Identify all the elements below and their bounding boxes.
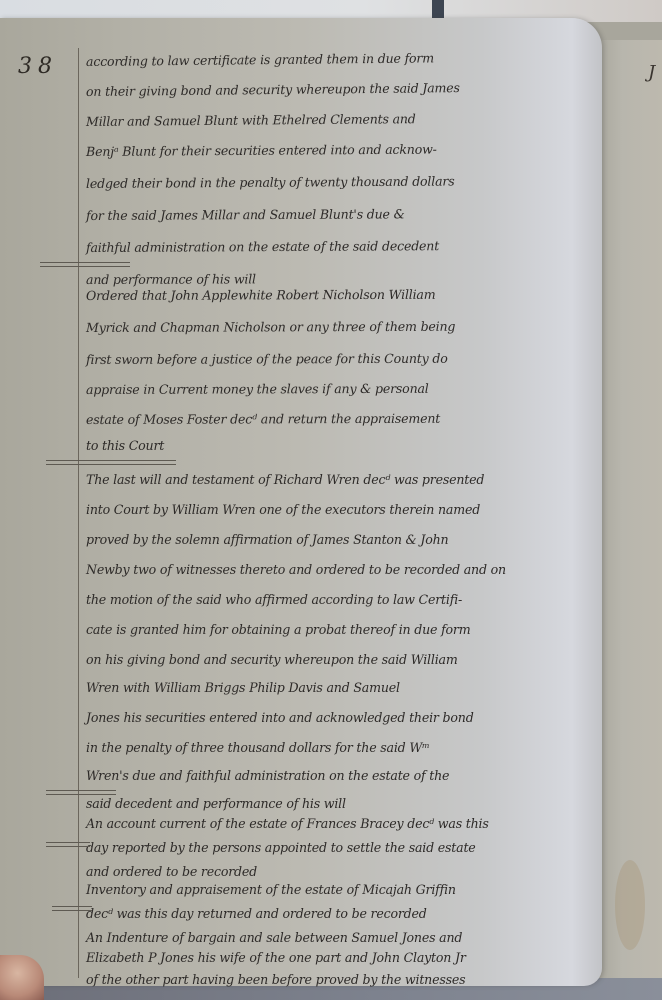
text-line: to this Court	[86, 438, 164, 453]
text-line: for the said James Millar and Samuel Blu…	[86, 206, 405, 223]
entry-separator	[46, 842, 90, 847]
text-line: proved by the solemn affirmation of Jame…	[86, 532, 448, 547]
text-line: said decedent and performance of his wil…	[86, 796, 346, 811]
text-line: Millar and Samuel Blunt with Ethelred Cl…	[86, 111, 416, 129]
text-line: Wren with William Briggs Philip Davis an…	[86, 680, 400, 695]
facing-page-mark: J	[648, 62, 655, 83]
text-line: ledged their bond in the penalty of twen…	[86, 173, 455, 191]
text-line: Newby two of witnesses thereto and order…	[86, 562, 506, 577]
text-line: appraise in Current money the slaves if …	[86, 381, 429, 397]
entry-separator	[52, 906, 92, 911]
text-line: in the penalty of three thousand dollars…	[86, 740, 430, 755]
entry-separator	[40, 262, 130, 267]
text-line: on their giving bond and security whereu…	[86, 80, 460, 99]
page-number: 38	[18, 54, 58, 79]
text-line: The last will and testament of Richard W…	[86, 472, 484, 487]
text-line: decᵈ was this day returned and ordered t…	[86, 906, 427, 921]
text-line: day reported by the persons appointed to…	[86, 840, 476, 855]
text-line: Wren's due and faithful administration o…	[86, 768, 449, 783]
text-line: and ordered to be recorded	[86, 864, 257, 879]
text-line: Jones his securities entered into and ac…	[86, 710, 474, 725]
text-line: the motion of the said who affirmed acco…	[86, 592, 462, 607]
background-object	[432, 0, 444, 20]
text-line: and performance of his will	[86, 271, 256, 287]
margin-rule	[78, 48, 79, 978]
text-line: according to law certificate is granted …	[86, 50, 434, 69]
text-line: Ordered that John Applewhite Robert Nich…	[86, 287, 436, 303]
text-line: An Indenture of bargain and sale between…	[86, 930, 462, 945]
text-line: estate of Moses Foster decᵈ and return t…	[86, 411, 440, 427]
text-line: An account current of the estate of Fran…	[86, 816, 489, 831]
text-line: into Court by William Wren one of the ex…	[86, 502, 480, 517]
text-line: Inventory and appraisement of the estate…	[86, 882, 456, 897]
entry-separator	[46, 790, 116, 795]
paper-stain	[615, 860, 645, 950]
facing-page	[596, 40, 662, 980]
ledger-page: 38 according to law certificate is grant…	[0, 18, 602, 986]
thumb-holding-page	[0, 955, 44, 1000]
text-line: Benjᵃ Blunt for their securities entered…	[86, 142, 437, 159]
text-line: Elizabeth P Jones his wife of the one pa…	[86, 950, 466, 965]
text-line: first sworn before a justice of the peac…	[86, 351, 448, 367]
entry-separator	[46, 460, 176, 465]
text-line: cate is granted him for obtaining a prob…	[86, 622, 471, 637]
text-line: faithful administration on the estate of…	[86, 238, 439, 255]
text-line: Myrick and Chapman Nicholson or any thre…	[86, 319, 455, 335]
text-line: on his giving bond and security whereupo…	[86, 652, 458, 667]
text-line: of the other part having been before pro…	[86, 972, 465, 987]
